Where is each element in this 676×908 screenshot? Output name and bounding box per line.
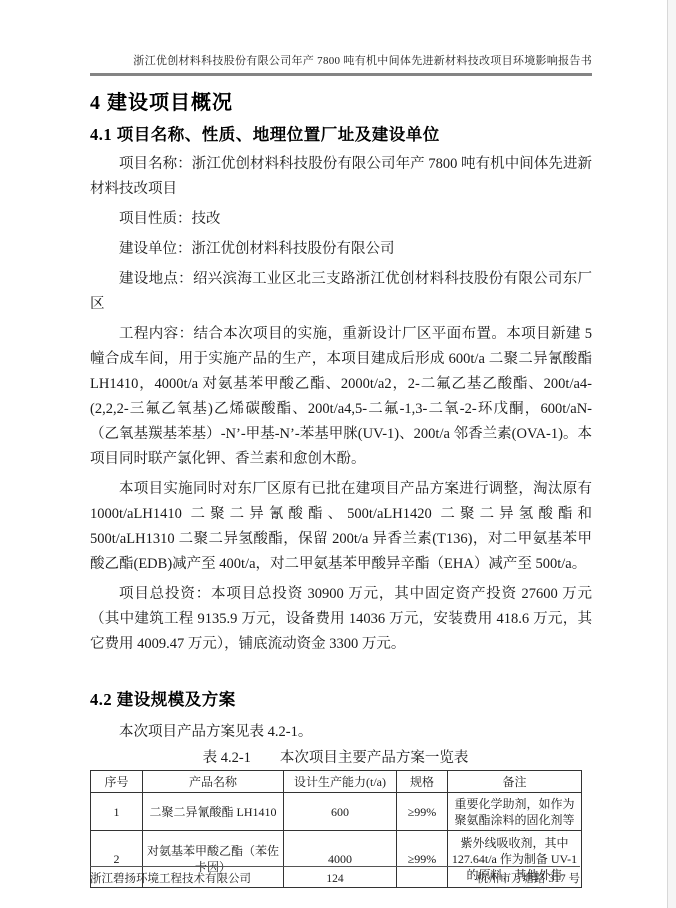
page-right-edge [667,0,676,908]
document-footer: 浙江碧扬环境工程技术有限公司 124 杭州市万塘路 317 号 [90,866,580,886]
footer-company: 浙江碧扬环境工程技术有限公司 [90,872,251,886]
col-header-spec: 规格 [397,771,448,793]
paragraph-project-scope: 工程内容：结合本次项目的实施，重新设计厂区平面布置。本项目新建 5 幢合成车间，… [90,322,592,472]
footer-address: 杭州市万塘路 317 号 [477,872,581,886]
col-header-index: 序号 [91,771,143,793]
table-header-row: 序号 产品名称 设计生产能力(t/a) 规格 备注 [91,771,582,793]
table-caption: 表 4.2-1 本次项目主要产品方案一览表 [90,747,581,769]
cell-index: 1 [91,793,143,831]
paragraph-total-investment: 项目总投资：本项目总投资 30900 万元，其中固定资产投资 27600 万元（… [90,582,592,657]
paragraph-construction-unit: 建设单位：浙江优创材料科技股份有限公司 [90,237,592,262]
cell-capacity: 600 [284,793,397,831]
paragraph-product-adjustment: 本项目实施同时对东厂区原有已批在建项目产品方案进行调整，淘汰原有 1000t/a… [90,477,592,577]
document-header: 浙江优创材料科技股份有限公司年产 7800 吨有机中间体先进新材料技改项目环境影… [90,54,592,76]
section-heading-4-1: 4.1 项目名称、性质、地理位置厂址及建设单位 [90,122,592,147]
page-content: 浙江优创材料科技股份有限公司年产 7800 吨有机中间体先进新材料技改项目环境影… [90,0,592,888]
table-row-1: 1 二聚二异氰酸酯 LH1410 600 ≥99% 重要化学助剂，如作为聚氨酯涂… [91,793,582,831]
paragraph-project-nature: 项目性质：技改 [90,207,592,232]
col-header-remark: 备注 [448,771,582,793]
paragraph-project-name: 项目名称：浙江优创材料科技股份有限公司年产 7800 吨有机中间体先进新材料技改… [90,152,592,202]
document-page: 浙江优创材料科技股份有限公司年产 7800 吨有机中间体先进新材料技改项目环境影… [0,0,676,908]
col-header-product-name: 产品名称 [143,771,284,793]
col-header-capacity: 设计生产能力(t/a) [284,771,397,793]
report-title: 浙江优创材料科技股份有限公司年产 7800 吨有机中间体先进新材料技改项目环境影… [90,54,592,68]
section-heading-4-2: 4.2 建设规模及方案 [90,687,592,712]
cell-product-name: 二聚二异氰酸酯 LH1410 [143,793,284,831]
paragraph-table-intro: 本次项目产品方案见表 4.2-1。 [90,720,592,745]
section-heading-4: 4 建设项目概况 [90,90,592,116]
cell-remark: 重要化学助剂，如作为聚氨酯涂料的固化剂等 [448,793,582,831]
cell-spec: ≥99% [397,793,448,831]
footer-page-number: 124 [326,872,343,886]
paragraph-construction-site: 建设地点：绍兴滨海工业区北三支路浙江优创材料科技股份有限公司东厂区 [90,267,592,317]
